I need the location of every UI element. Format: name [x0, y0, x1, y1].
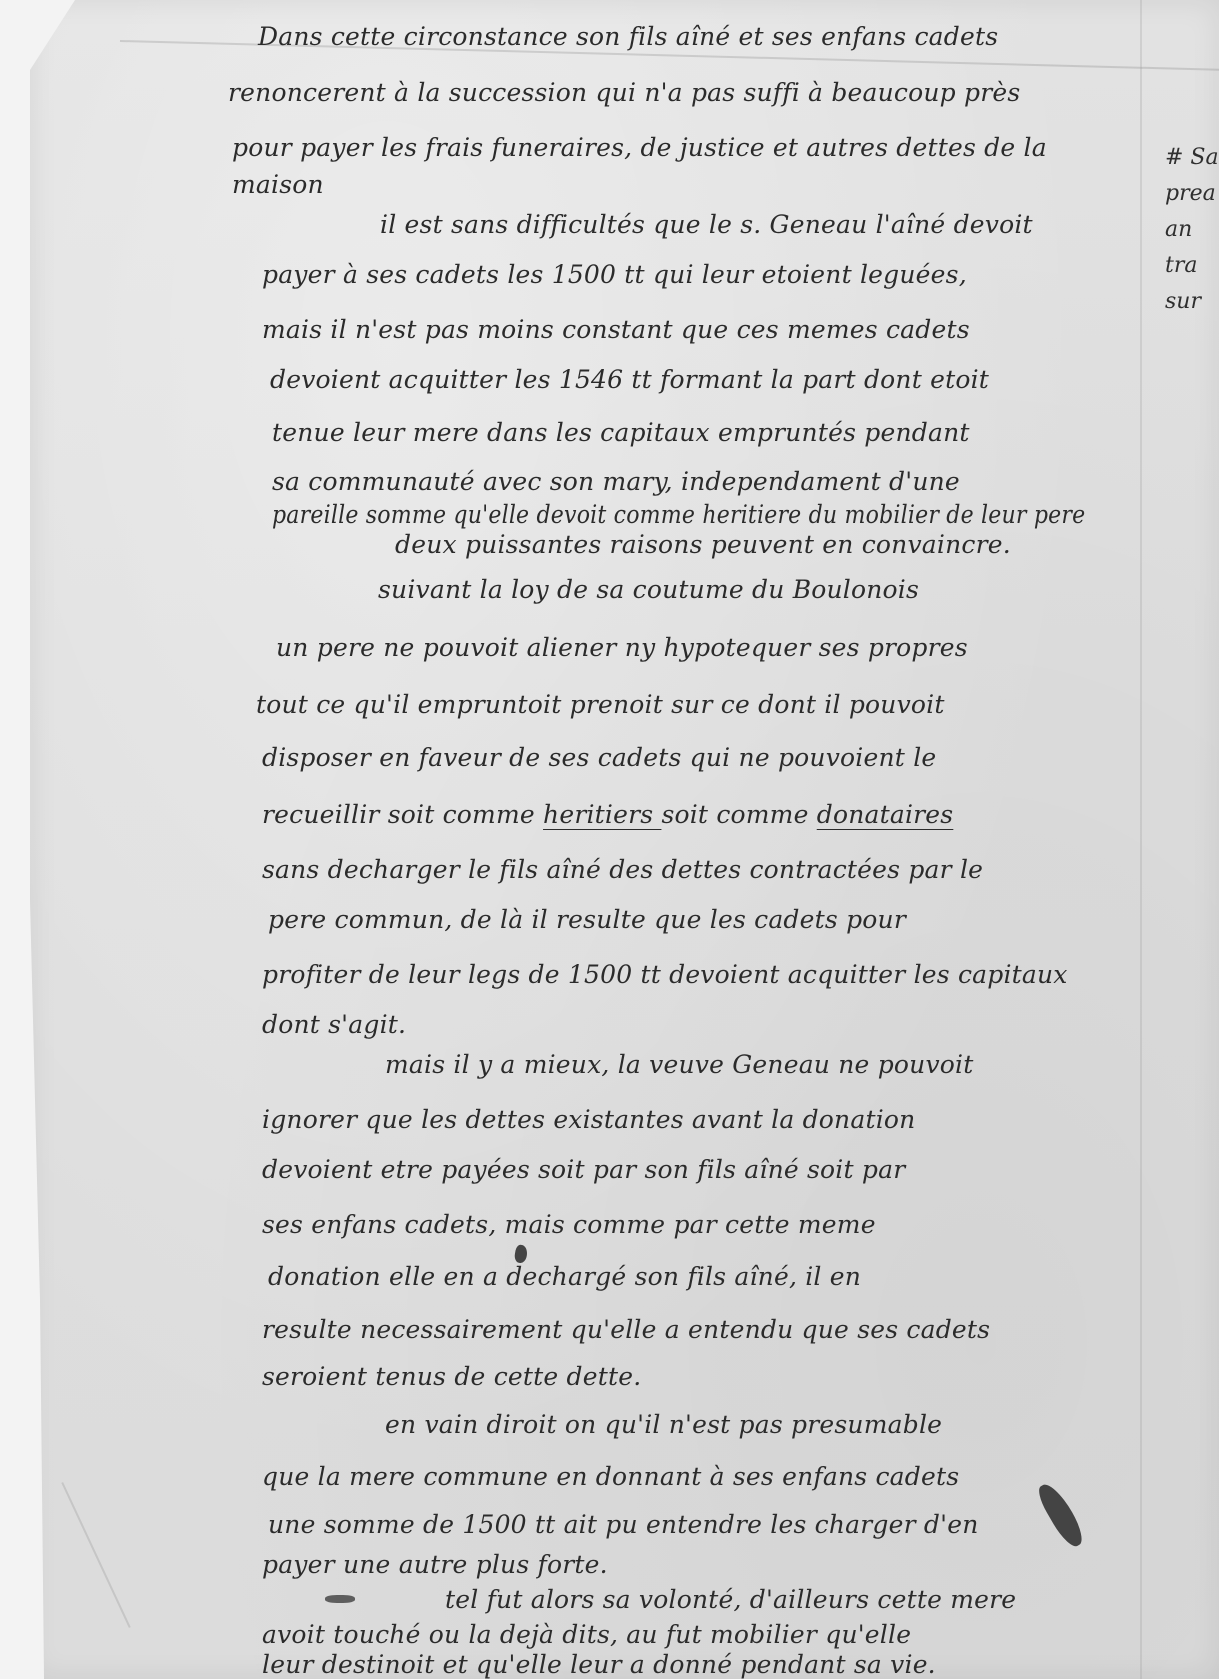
word: mobilier [710, 1620, 825, 1649]
word: qu'elle [825, 1620, 911, 1649]
word: soit [661, 800, 716, 829]
manuscript-line: suivant la loy de sa coutume du Boulonoi… [378, 575, 919, 604]
word: constant [562, 315, 681, 344]
word: aîné [676, 22, 739, 51]
word: fils [687, 1262, 734, 1291]
word: volonté, [639, 1585, 750, 1614]
word: diroit [487, 1410, 565, 1439]
word: n'a [644, 78, 691, 107]
word: contractées [749, 855, 908, 884]
word: leur [981, 500, 1034, 529]
word: entendu [688, 1315, 802, 1344]
word: dans [487, 418, 556, 447]
word: et [739, 22, 772, 51]
word: que [654, 905, 710, 934]
manuscript-line: ses enfans cadets, mais comme par cette … [262, 1210, 876, 1239]
word: somme [324, 1510, 423, 1539]
word: qui [595, 78, 644, 107]
word: il [453, 1050, 478, 1079]
word: que [262, 1462, 318, 1491]
manuscript-line: mais il n'est pas moins constant que ces… [262, 315, 970, 344]
word: pendant [864, 418, 969, 447]
word: pour [846, 905, 906, 934]
word: mais [385, 1050, 453, 1079]
word: funeraires, [491, 133, 640, 162]
word: ne [739, 743, 778, 772]
word: donation [268, 1262, 389, 1291]
word: heritiere [702, 500, 808, 529]
word: qu'elle [476, 1650, 570, 1679]
word: pouvoient [778, 743, 913, 772]
word: elle [389, 1262, 444, 1291]
word: y [478, 1050, 500, 1079]
word: pouvoit [423, 633, 527, 662]
word: cette [494, 1362, 567, 1391]
word: la [468, 1620, 499, 1649]
word: empruntés [718, 418, 864, 447]
word: coutume [633, 575, 752, 604]
word: on [565, 1410, 605, 1439]
word: en [822, 530, 861, 559]
word: veuve [649, 1050, 732, 1079]
word: son [645, 1155, 698, 1184]
word: leur [408, 960, 468, 989]
manuscript-line: renoncerent à la succession qui n'a pas … [228, 78, 1020, 107]
word: mere [413, 418, 487, 447]
word: aîné [744, 1155, 807, 1184]
manuscript-line: deux puissantes raisons peuvent en conva… [395, 530, 1011, 559]
word: propres [868, 633, 968, 662]
word: le [913, 743, 936, 772]
word: le [960, 855, 983, 884]
word: Boulonois [793, 575, 919, 604]
word: Geneau [732, 1050, 838, 1079]
word: les [556, 418, 600, 447]
word: donnant [596, 1462, 710, 1491]
word: de [461, 905, 500, 934]
word: les [770, 1510, 814, 1539]
word: cadets [906, 1315, 990, 1344]
word: tt [631, 365, 660, 394]
word: legs [468, 960, 529, 989]
word: ait [564, 1510, 606, 1539]
word: soit [388, 800, 443, 829]
word: leur [262, 1650, 322, 1679]
word: au [626, 1620, 666, 1649]
word: leguées, [860, 260, 967, 289]
word: fut [487, 1585, 531, 1614]
word: du [752, 575, 793, 604]
word: frais [425, 133, 491, 162]
word: et [443, 1650, 476, 1679]
word: enfans [821, 22, 914, 51]
word: suivant [378, 575, 480, 604]
word: devoient [669, 960, 788, 989]
word: n'est [355, 315, 425, 344]
word: circonstance [404, 22, 576, 51]
word: que [802, 1315, 858, 1344]
word: necessairement [360, 1315, 571, 1344]
word: les [914, 960, 958, 989]
word: fils [697, 1155, 744, 1184]
manuscript-line: en vain diroit on qu'il n'est pas presum… [385, 1410, 942, 1439]
word: par [908, 855, 960, 884]
manuscript-line: devoient acquitter les 1546 tt formant l… [270, 365, 989, 394]
word: la [618, 1050, 649, 1079]
word: forte. [538, 1550, 608, 1579]
word: a [500, 1050, 523, 1079]
word: ce [721, 690, 758, 719]
word: d'en [924, 1510, 979, 1539]
word: de [946, 500, 981, 529]
word: pas [425, 315, 478, 344]
manuscript-line: un pere ne pouvoit aliener ny hypotequer… [276, 633, 968, 662]
word: avec [483, 467, 550, 496]
word: en [556, 1462, 595, 1491]
word: a [483, 1262, 506, 1291]
manuscript-line: mais il y a mieux, la veuve Geneau ne po… [385, 1050, 973, 1079]
word: à [808, 78, 831, 107]
word: de [984, 133, 1023, 162]
word: tout [256, 690, 316, 719]
word: devoit [536, 500, 613, 529]
word: comme [443, 800, 543, 829]
word: dechargé [506, 1262, 634, 1291]
word: pouvoit [849, 690, 945, 719]
word: dettes [662, 855, 750, 884]
word: un [276, 633, 317, 662]
word: de [423, 1510, 462, 1539]
word: sa [272, 467, 308, 496]
word: Geneau [770, 210, 876, 239]
word: de [529, 960, 568, 989]
word: ses [819, 633, 868, 662]
word: cadets [886, 315, 970, 344]
word: succession [449, 78, 596, 107]
word: resulte [556, 905, 654, 934]
word: cette [725, 1210, 798, 1239]
word: charger [815, 1510, 924, 1539]
word: leur [353, 418, 413, 447]
word: dettes [896, 133, 984, 162]
word: mere [349, 1462, 423, 1491]
word: les [381, 133, 425, 162]
word: fils [499, 855, 546, 884]
word: comme [716, 800, 816, 829]
word: par [862, 1155, 905, 1184]
word: payer [262, 1550, 343, 1579]
word: tenus [375, 1362, 454, 1391]
word: dits, [562, 1620, 626, 1649]
word: avoit [262, 1620, 333, 1649]
word: commun, [335, 905, 461, 934]
word: tenue [272, 418, 353, 447]
word: d'une [889, 467, 960, 496]
word: sa [854, 1650, 890, 1679]
manuscript-line: avoit touché ou la dejà dits, au fut mob… [262, 1620, 911, 1649]
word: cadets [754, 905, 846, 934]
word: pere [1034, 500, 1086, 529]
word: memes [787, 315, 886, 344]
word: il [380, 210, 405, 239]
word: entendre [646, 1510, 770, 1539]
word: il [805, 1262, 830, 1291]
word: mobilier [845, 500, 947, 529]
word: suffi [743, 78, 808, 107]
word: s'agit. [328, 1010, 406, 1039]
word: en [385, 1410, 424, 1439]
word: acquitter [389, 365, 515, 394]
word: aliener [527, 633, 625, 662]
word: n'est [669, 1410, 739, 1439]
word: dont [262, 1010, 328, 1039]
word: de [369, 960, 408, 989]
manuscript-line: sans decharger le fils aîné des dettes c… [262, 855, 983, 884]
word: payer [262, 260, 343, 289]
word: par [673, 1210, 725, 1239]
manuscript-line: que la mere commune en donnant à ses enf… [262, 1462, 959, 1491]
word: alors [531, 1585, 603, 1614]
word: loy [511, 575, 557, 604]
word: la [1024, 133, 1047, 162]
word: commune [423, 1462, 556, 1491]
word: mais [505, 1210, 573, 1239]
word: qu'elle [453, 500, 536, 529]
word: ses [733, 1462, 782, 1491]
word: que [653, 210, 709, 239]
word: cadets [914, 22, 998, 51]
word: pere [268, 905, 335, 934]
word: communauté [308, 467, 483, 496]
word: disposer [262, 743, 379, 772]
word: qu'elle [571, 1315, 665, 1344]
word: renoncerent [228, 78, 394, 107]
word: que [681, 315, 737, 344]
word: moins [477, 315, 562, 344]
word: enfans [311, 1210, 404, 1239]
word: peuvent [711, 530, 823, 559]
word: en [444, 1262, 483, 1291]
manuscript-line: profiter de leur legs de 1500 tt devoien… [262, 960, 1068, 989]
word: les [710, 905, 754, 934]
word: pendant [740, 1650, 854, 1679]
word: plus [476, 1550, 538, 1579]
word: son [635, 1262, 688, 1291]
word: en [379, 743, 418, 772]
word: maison [232, 170, 324, 199]
word: qui [690, 743, 739, 772]
manuscript-line: il est sans difficultés que le s. Geneau… [380, 210, 1033, 239]
word: difficultés [517, 210, 654, 239]
word: ou [429, 1620, 469, 1649]
manuscript-line: maison [232, 170, 324, 199]
word: de [557, 575, 596, 604]
word: ses [857, 1315, 906, 1344]
word: capitaux [958, 960, 1068, 989]
manuscript-line: donation elle en a dechargé son fils aîn… [268, 1262, 861, 1291]
word: acquitter [788, 960, 914, 989]
word: convaincre. [862, 530, 1011, 559]
word: deux [395, 530, 465, 559]
word: d'ailleurs [750, 1585, 878, 1614]
word: près [964, 78, 1020, 107]
word: il [330, 315, 355, 344]
word: ses [262, 1210, 311, 1239]
word: cadets [875, 1462, 959, 1491]
word: la [480, 575, 511, 604]
manuscript-line: payer à ses cadets les 1500 tt qui leur … [262, 260, 967, 289]
word: part [802, 365, 864, 394]
word: dont [758, 690, 824, 719]
word: somme [366, 500, 454, 529]
word: devoit [954, 210, 1033, 239]
word: avant [692, 1105, 771, 1134]
manuscript-line: sa communauté avec son mary, independame… [272, 467, 960, 496]
word: leur [570, 1650, 630, 1679]
word: à [394, 78, 417, 107]
word: autre [399, 1550, 476, 1579]
manuscript-text: Dans cette circonstance son fils aîné et… [0, 0, 1219, 1679]
word: et [773, 133, 806, 162]
word: pour [232, 133, 300, 162]
word: etre [381, 1155, 442, 1184]
word: existantes [553, 1105, 692, 1134]
word: independament [681, 467, 889, 496]
word: il [531, 905, 556, 934]
underlined-word: donataires [817, 800, 954, 829]
word: mieux, [524, 1050, 618, 1079]
word: comme [573, 1210, 673, 1239]
word: vain [424, 1410, 486, 1439]
word: vie. [890, 1650, 936, 1679]
word: raisons [610, 530, 711, 559]
word: hypotequer [664, 633, 819, 662]
word: qu'il [605, 1410, 669, 1439]
word: decharger [328, 855, 468, 884]
word: fut [666, 1620, 710, 1649]
word: qu'il [354, 690, 418, 719]
margin-note: # Sa prea an tra sur [1165, 140, 1219, 320]
underlined-word: heritiers [543, 800, 661, 829]
word: justice [680, 133, 773, 162]
word: pas [739, 1410, 792, 1439]
word: mary, [602, 467, 680, 496]
word: etoit [930, 365, 989, 394]
word: du [809, 500, 845, 529]
word: formant [660, 365, 771, 394]
word: tt [535, 1510, 564, 1539]
word: aîné, [734, 1262, 805, 1291]
manuscript-line: ignorer que les dettes existantes avant … [262, 1105, 915, 1134]
word: son [550, 467, 603, 496]
word: cadets, [405, 1210, 505, 1239]
word: faveur [419, 743, 509, 772]
manuscript-line: pareille somme qu'elle devoit comme heri… [272, 500, 1085, 529]
word: la [771, 1105, 802, 1134]
word: sur [671, 690, 721, 719]
manuscript-line: Dans cette circonstance son fils aîné et… [258, 22, 998, 51]
word: ne [838, 1050, 877, 1079]
word: devoient [270, 365, 389, 394]
word: enfans [782, 1462, 875, 1491]
manuscript-line: recueillir soit comme heritiers soit com… [262, 800, 953, 829]
word: est [405, 210, 451, 239]
word: ses [772, 22, 821, 51]
word: a [630, 1650, 653, 1679]
word: de [640, 133, 679, 162]
manuscript-line: seroient tenus de cette dette. [262, 1362, 641, 1391]
word: mais [262, 315, 330, 344]
word: ses [549, 743, 598, 772]
word: fils [629, 22, 676, 51]
manuscript-line: payer une autre plus forte. [262, 1550, 608, 1579]
word: l'aîné [876, 210, 954, 239]
manuscript-line: devoient etre payées soit par son fils a… [262, 1155, 905, 1184]
word: seroient [262, 1362, 375, 1391]
word: des [609, 855, 661, 884]
manuscript-line: tout ce qu'il empruntoit prenoit sur ce … [256, 690, 945, 719]
word: donné [653, 1650, 740, 1679]
word: ne [383, 633, 422, 662]
word: la [771, 365, 802, 394]
word: tt [624, 260, 653, 289]
word: devoient [262, 1155, 381, 1184]
word: pas [691, 78, 744, 107]
manuscript-line: dont s'agit. [262, 1010, 406, 1039]
word: cadets [415, 260, 507, 289]
word: profiter [262, 960, 369, 989]
word: sa [603, 1585, 639, 1614]
word: payées [441, 1155, 538, 1184]
word: sa [596, 575, 632, 604]
word: presumable [791, 1410, 942, 1439]
word: que [365, 1105, 421, 1134]
word: tt [640, 960, 669, 989]
word: à [343, 260, 366, 289]
word: cette [331, 22, 404, 51]
word: la [417, 78, 448, 107]
word: dejà [500, 1620, 562, 1649]
manuscript-line: tenue leur mere dans les capitaux emprun… [272, 418, 970, 447]
word: pouvoit [878, 1050, 974, 1079]
word: une [268, 1510, 324, 1539]
word: sans [451, 210, 517, 239]
word: dette. [567, 1362, 642, 1391]
word: soit [807, 1155, 862, 1184]
word: destinoit [322, 1650, 443, 1679]
manuscript-line: pour payer les frais funeraires, de just… [232, 133, 1047, 162]
word: à [710, 1462, 733, 1491]
word: la [318, 1462, 349, 1491]
word: ce [316, 690, 353, 719]
manuscript-line: pere commun, de là il resulte que les ca… [268, 905, 906, 934]
word: le [468, 855, 499, 884]
word: capitaux [600, 418, 718, 447]
word: par [593, 1155, 645, 1184]
word: sans [262, 855, 328, 884]
word: ces [737, 315, 787, 344]
word: le [709, 210, 740, 239]
word: son [576, 22, 629, 51]
word: aîné [546, 855, 609, 884]
word: payer [300, 133, 381, 162]
word: recueillir [262, 800, 388, 829]
word: leur [702, 260, 762, 289]
word: puissantes [465, 530, 610, 559]
manuscript-line: leur destinoit et qu'elle leur a donné p… [262, 1650, 936, 1679]
word: cette [877, 1585, 950, 1614]
word: a [665, 1315, 688, 1344]
